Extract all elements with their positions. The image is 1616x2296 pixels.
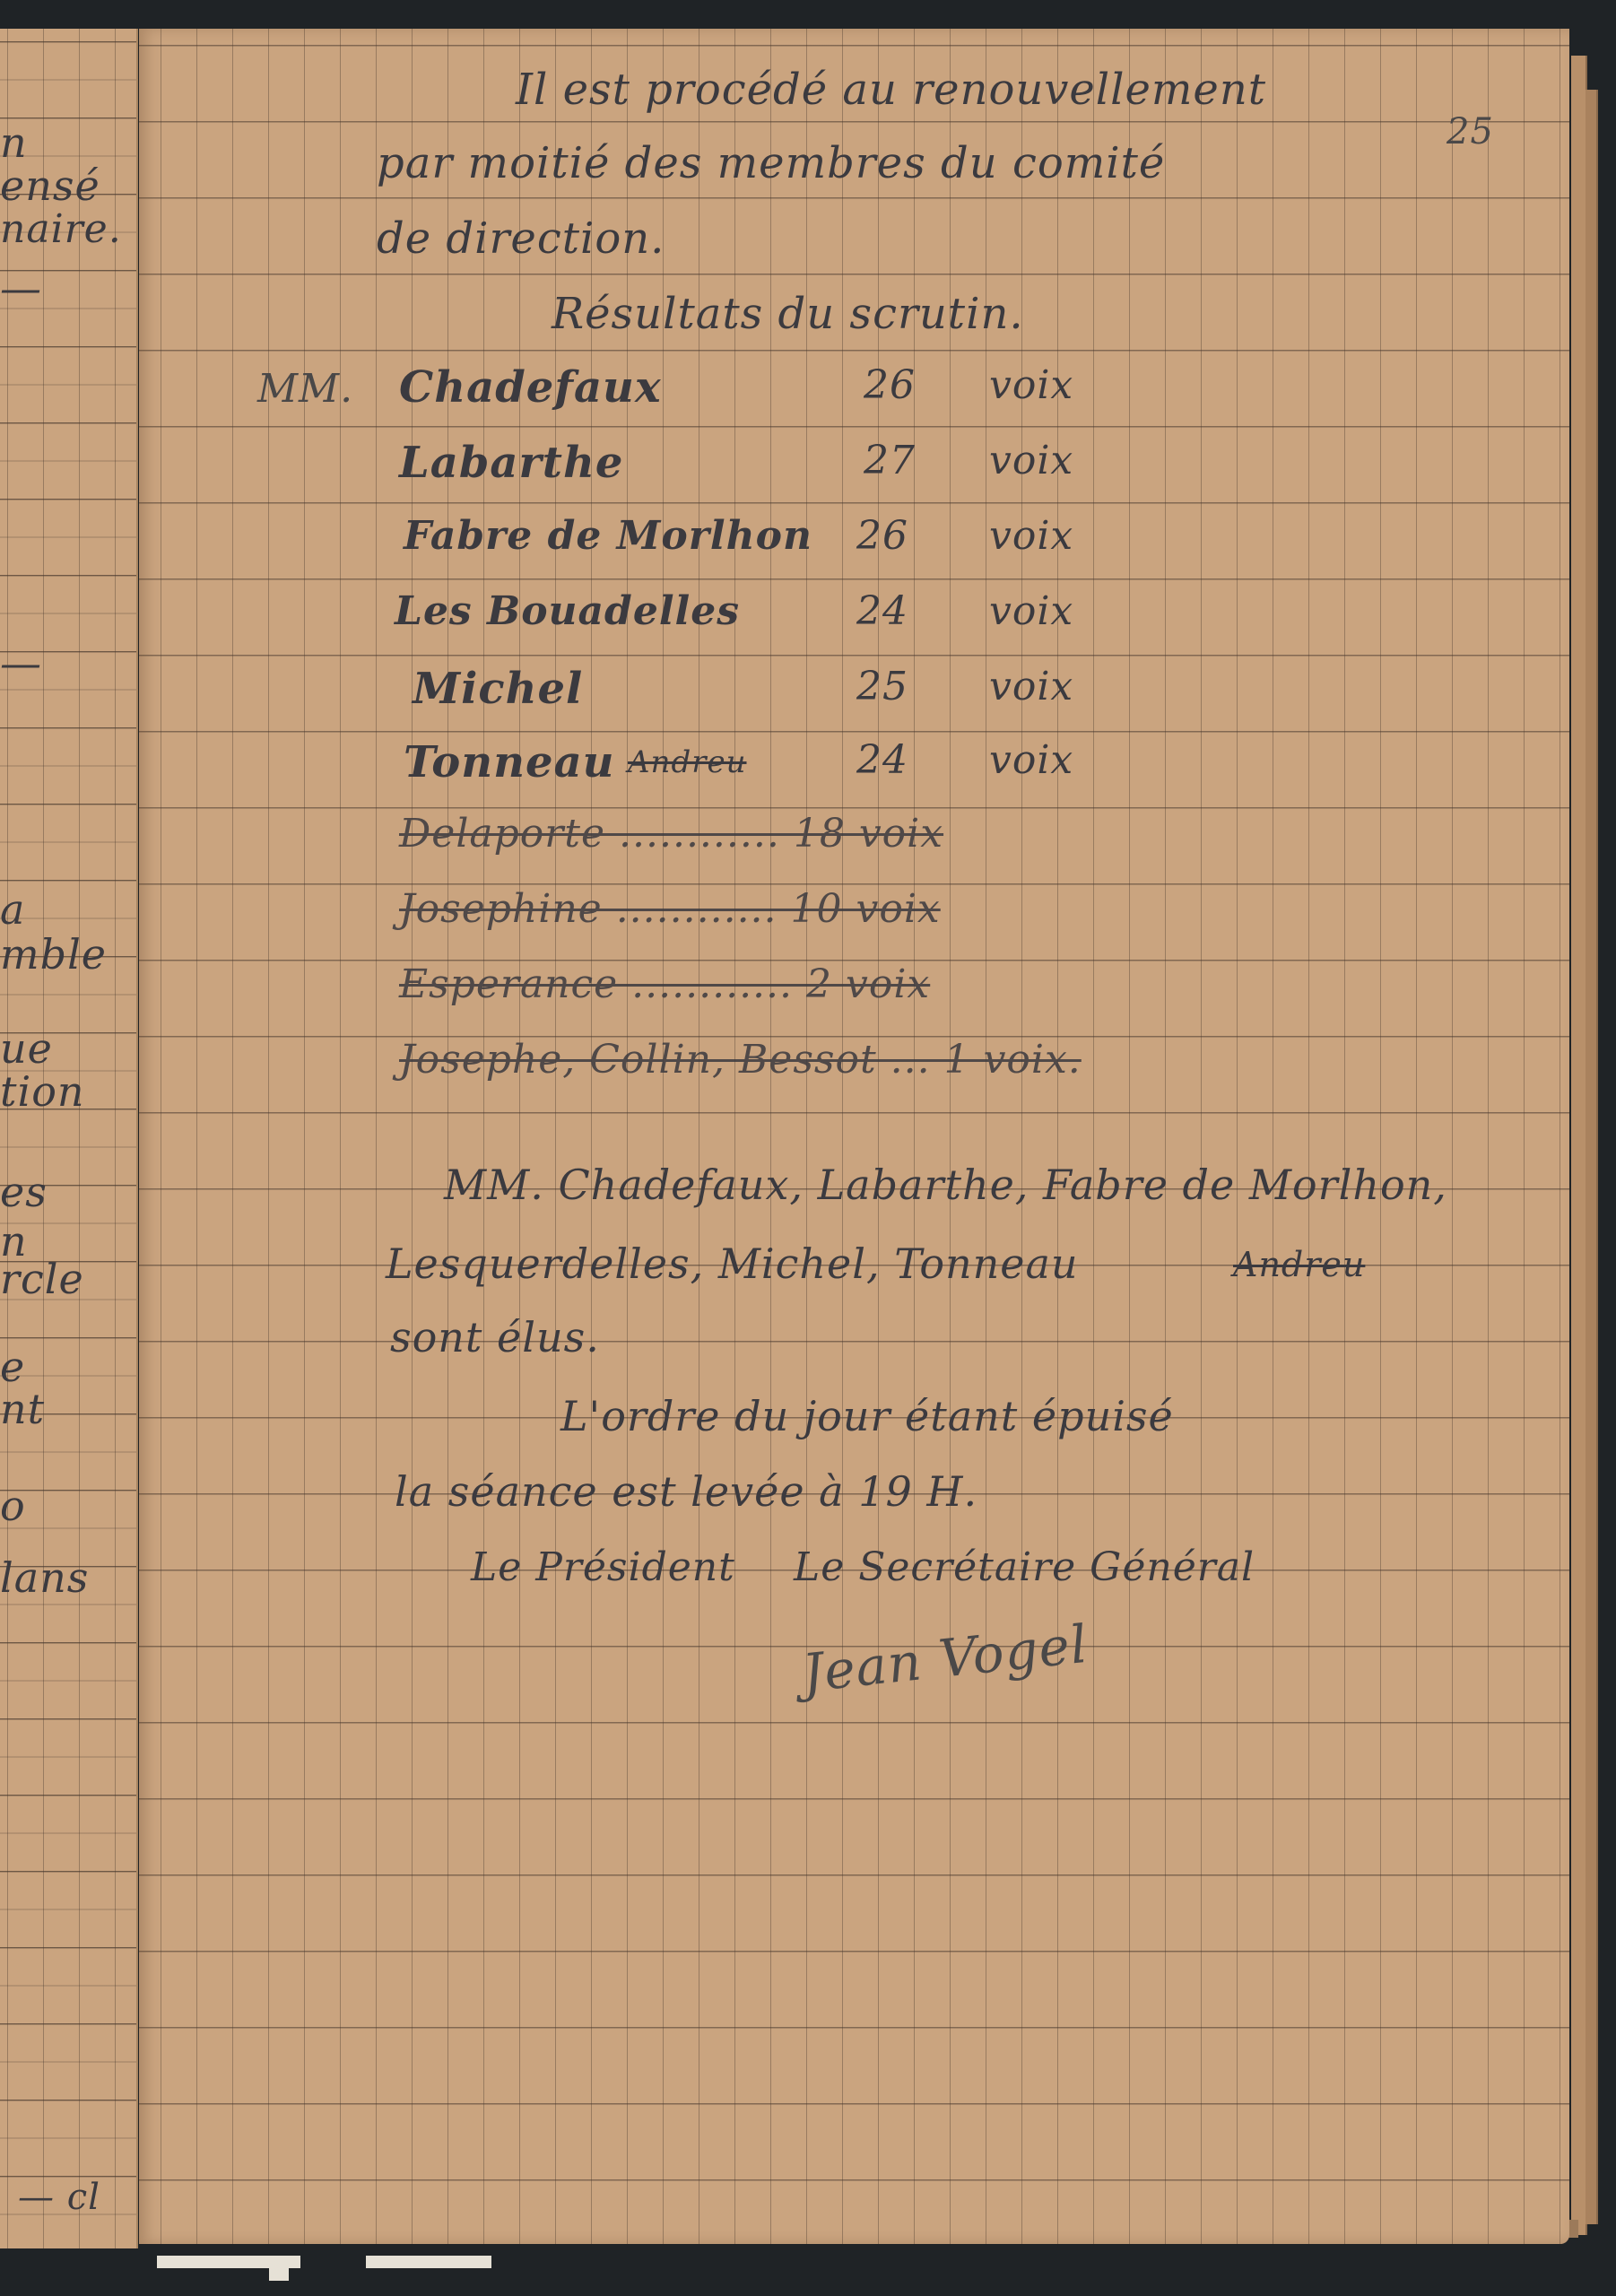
left-fragment: naire. [0, 206, 122, 252]
results-prefix: MM. [257, 366, 353, 412]
left-fragment: lans [0, 1553, 89, 1602]
vote-unit: voix [989, 588, 1073, 634]
left-fragment: mble [0, 930, 107, 978]
secretary-label: Le Secrétaire Général [794, 1544, 1255, 1590]
closing-line: la séance est levée à 19 H. [395, 1467, 977, 1516]
left-fragment: e [0, 1343, 25, 1391]
candidate-name: Chadefaux [399, 362, 662, 413]
left-fragment: n [0, 118, 28, 167]
president-label: Le Président [471, 1544, 735, 1590]
vote-count: 26 [864, 362, 916, 408]
elected-line: MM. Chadefaux, Labarthe, Fabre de Morlho… [444, 1161, 1447, 1209]
elected-line: Lesquerdelles, Michel, Tonneau [386, 1239, 1079, 1288]
secretary-signature: Jean Vogel [799, 1613, 1090, 1704]
left-fragment: a [0, 885, 25, 934]
left-fragment: ue [0, 1024, 53, 1073]
vote-unit: voix [989, 513, 1073, 559]
results-heading: Résultats du scrutin. [552, 289, 1024, 339]
left-fragment: es [0, 1168, 48, 1216]
struck-line: Esperance ............ 2 voix [399, 961, 930, 1007]
intro-line: par moitié des membres du comité [377, 138, 1165, 188]
left-fragment: ensé [0, 161, 100, 210]
left-fragment: — [0, 639, 42, 687]
left-fragment: o [0, 1482, 26, 1530]
candidate-name: Michel [413, 664, 583, 714]
struck-line: Josephine ............ 10 voix [399, 886, 941, 932]
vote-count: 26 [856, 513, 908, 559]
left-page: n ensé naire. — — a mble ue tion es n rc… [0, 29, 138, 2248]
page-edge [1586, 90, 1598, 2224]
struck-word: Andreu [628, 744, 747, 780]
left-fragment: tion [0, 1067, 85, 1116]
candidate-name: Tonneau [404, 737, 615, 787]
vote-count: 27 [864, 438, 916, 483]
vote-unit: voix [989, 362, 1073, 408]
paper-tab [366, 2256, 491, 2268]
closing-line: L'ordre du jour étant épuisé [560, 1392, 1174, 1440]
elected-line: sont élus. [390, 1313, 600, 1361]
left-fragment: — cl [18, 2177, 100, 2218]
struck-line: Delaporte ............ 18 voix [399, 811, 943, 857]
notebook-page: 25 Il est procédé au renouvellement par … [139, 29, 1569, 2244]
vote-count: 24 [856, 588, 908, 634]
struck-word: Andreu [1233, 1245, 1365, 1284]
vote-count: 25 [856, 664, 908, 709]
paper-tab [269, 2256, 289, 2281]
page-number: 25 [1447, 111, 1494, 152]
vote-unit: voix [989, 737, 1073, 783]
left-fragment: — [0, 264, 42, 312]
candidate-name: Labarthe [399, 438, 623, 488]
left-fragment: rcle [0, 1255, 84, 1303]
left-fragment: nt [0, 1385, 45, 1433]
struck-line: Josephe, Collin, Bessot ... 1 voix. [399, 1037, 1082, 1083]
intro-line: de direction. [377, 213, 665, 264]
candidate-name: Les Bouadelles [395, 588, 740, 634]
vote-unit: voix [989, 438, 1073, 483]
intro-line: Il est procédé au renouvellement [516, 65, 1266, 115]
vote-count: 24 [856, 737, 908, 783]
candidate-name: Fabre de Morlhon [404, 513, 812, 559]
vote-unit: voix [989, 664, 1073, 709]
